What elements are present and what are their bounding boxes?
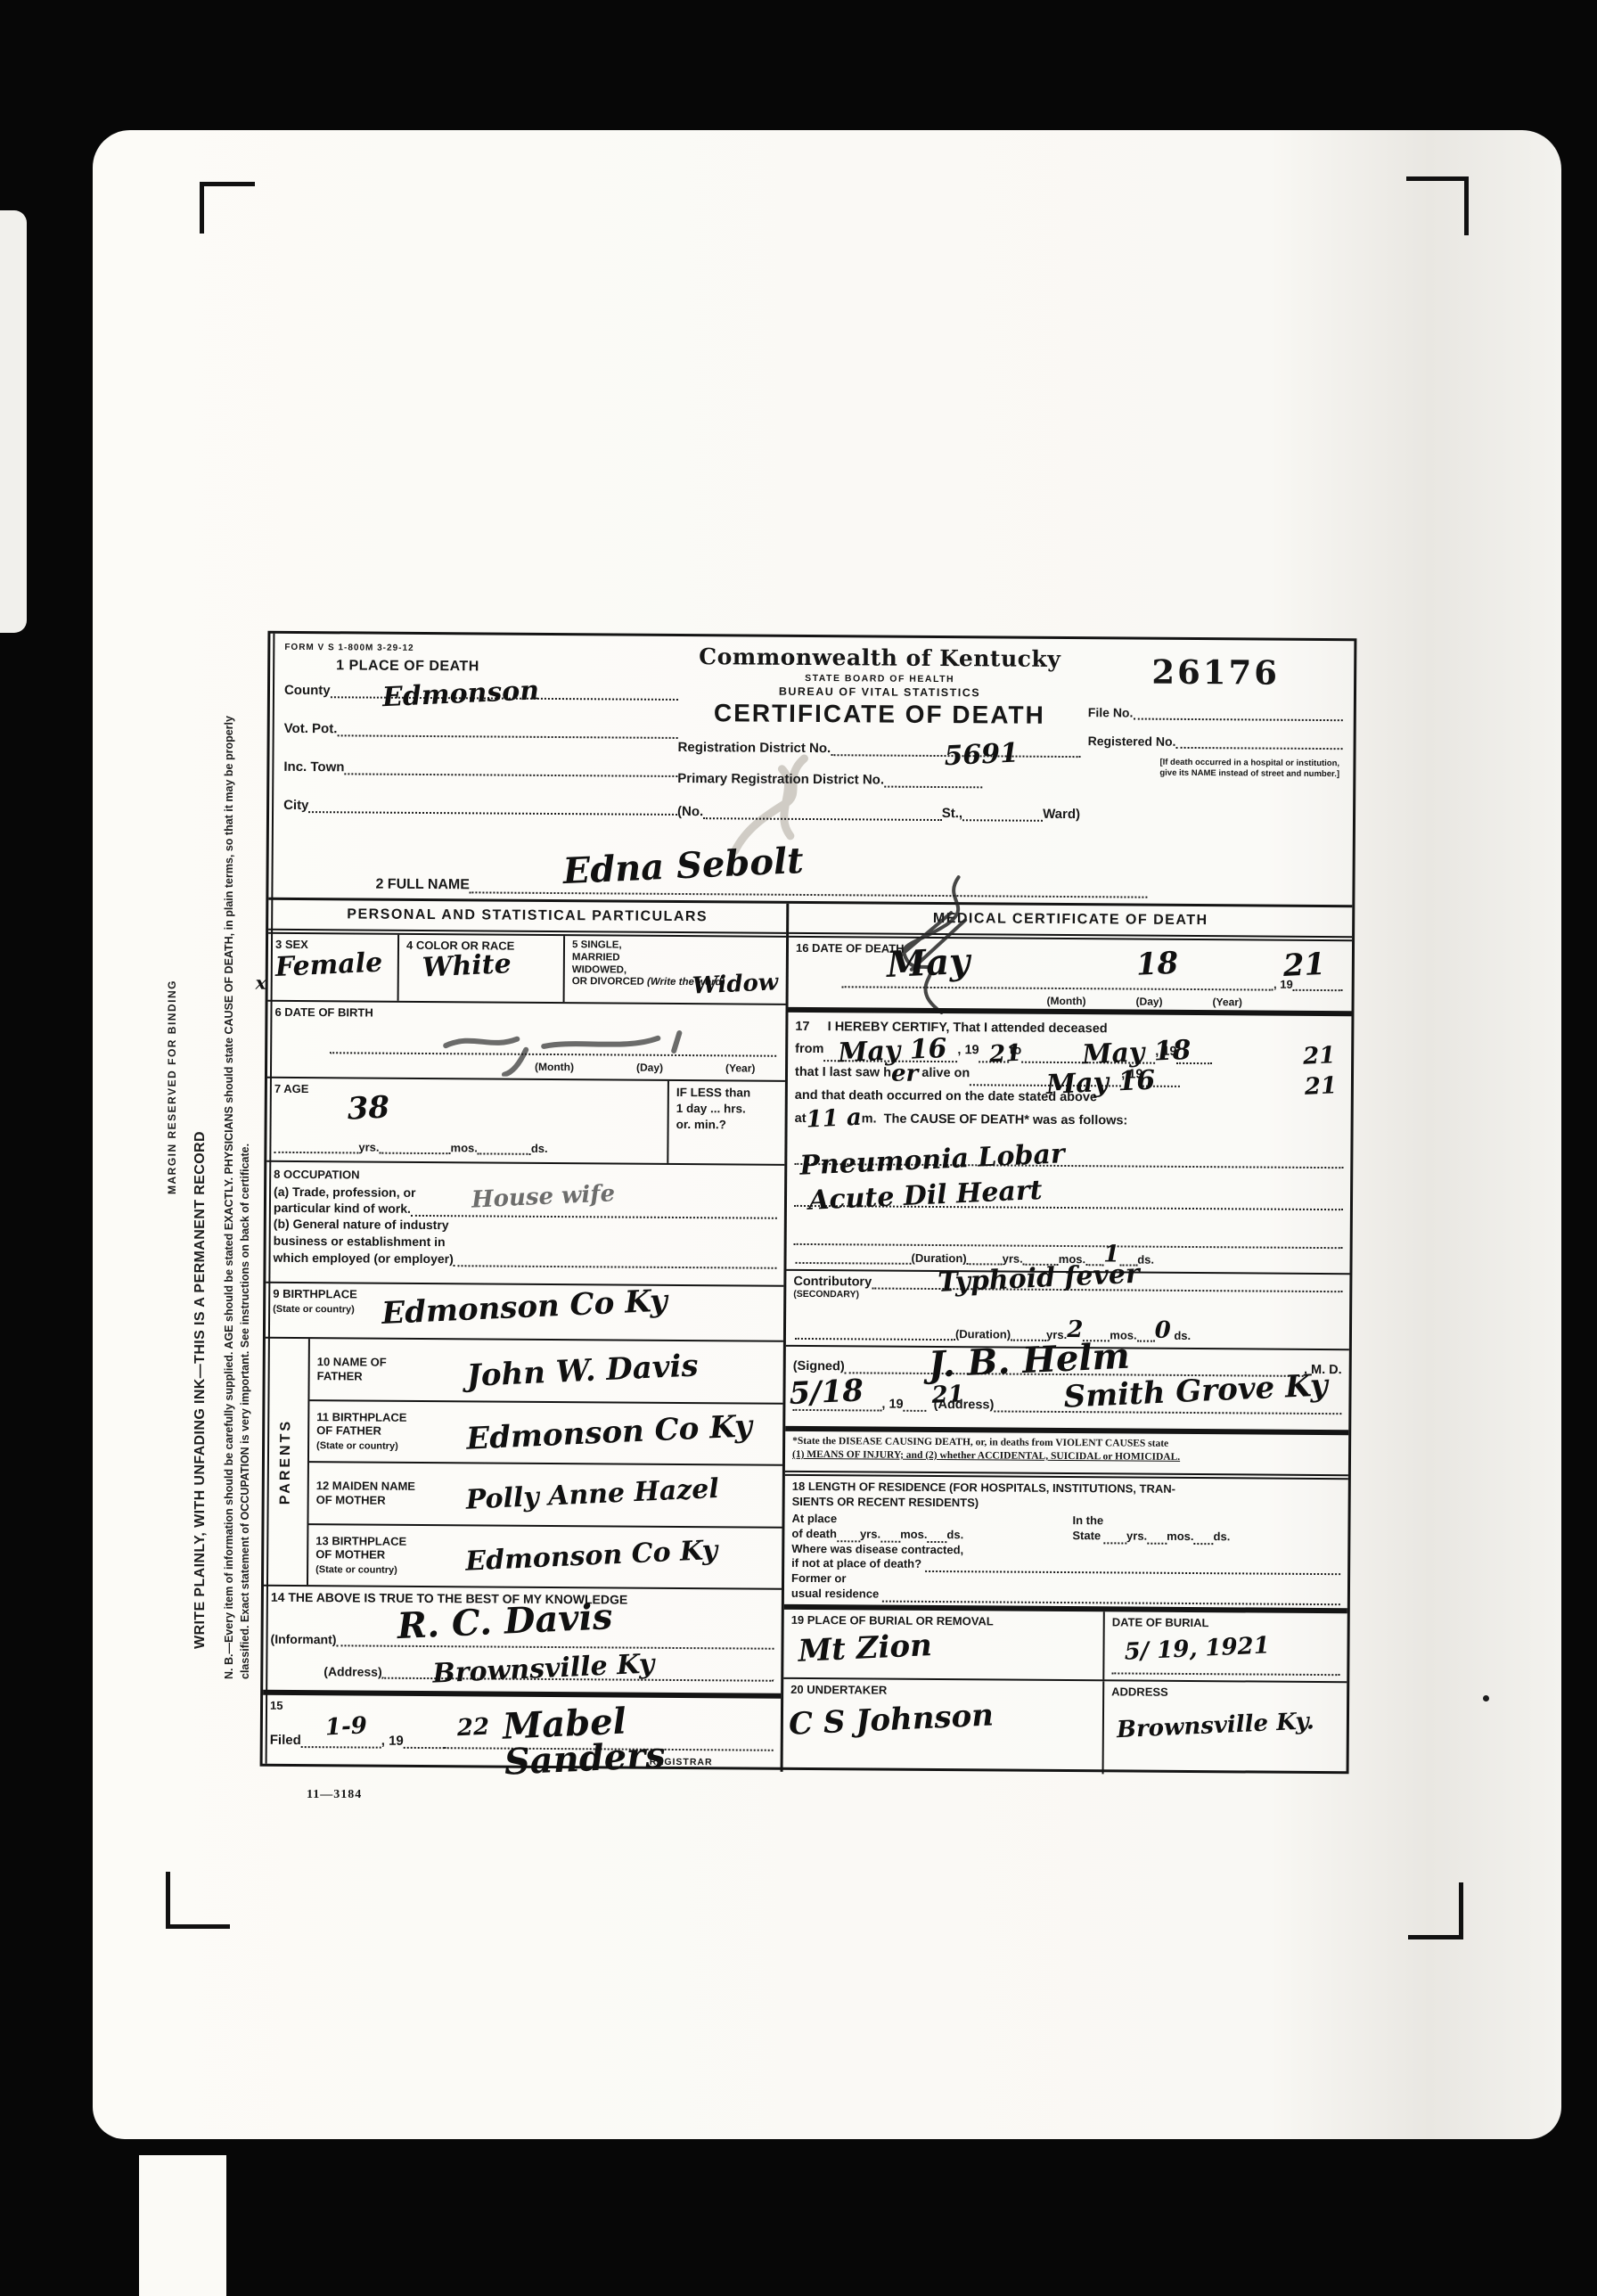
undertaker-label: 20 UNDERTAKER — [790, 1683, 887, 1697]
signed-year-handwritten: 21 — [931, 1382, 964, 1407]
dotted-line — [927, 1531, 946, 1542]
bureau-heading: BUREAU OF VITAL STATISTICS — [678, 685, 1081, 700]
dotted-line — [1103, 1533, 1126, 1545]
no-label: (No. — [677, 804, 703, 819]
county-handwritten: Edmonson — [381, 677, 539, 711]
res-yrs2: yrs. — [1126, 1529, 1147, 1544]
from-year-handwritten: 21 — [989, 1042, 1022, 1067]
ward-label: Ward) — [1043, 807, 1080, 822]
if-less-line3: or. min.? — [676, 1118, 726, 1131]
birthplace-label: 9 BIRTHPLACE — [273, 1287, 357, 1301]
place-of-death-block: FORM V S 1-800M 3-29-12 1 PLACE OF DEATH… — [283, 641, 679, 861]
dotted-line — [1111, 1663, 1339, 1677]
sex-color-marital-row: 3 SEX Female 4 COLOR OR RACE White 5 SIN… — [268, 934, 787, 1005]
margin-binding-note: MARGIN RESERVED FOR BINDING — [166, 784, 178, 1194]
father-bp-state-country: (State or country) — [316, 1440, 398, 1452]
occupation-label: 8 OCCUPATION — [274, 1168, 359, 1182]
state-board-heading: STATE BOARD OF HEALTH — [678, 672, 1081, 685]
dotted-line — [880, 1531, 900, 1542]
registration-district-label: Registration District No. — [678, 740, 831, 756]
certify-number: 17 — [795, 1020, 809, 1034]
filed-number: 15 — [270, 1699, 283, 1712]
from-label: from — [795, 1038, 823, 1062]
certification-row: 17 I HEREBY CERTIFY, That I attended dec… — [786, 1013, 1351, 1275]
state-heading-block: Commonwealth of Kentucky STATE BOARD OF … — [677, 644, 1082, 864]
dotted-line — [274, 1142, 358, 1153]
cause-line2-handwritten: Acute Dil Heart — [808, 1177, 1044, 1215]
dotted-line — [454, 1255, 777, 1268]
form-header: FORM V S 1-800M 3-29-12 1 PLACE OF DEATH… — [269, 634, 1355, 865]
certify-text: I HEREBY CERTIFY, That I attended deceas… — [828, 1020, 1108, 1036]
yrs-unit: yrs. — [358, 1140, 379, 1153]
res-ds2: ds. — [1213, 1529, 1230, 1545]
undertaker-address-handwritten: Brownsville Ky. — [1116, 1710, 1314, 1742]
sex-label: 3 SEX — [275, 938, 308, 951]
dod-year-handwritten: 21 — [1282, 949, 1326, 981]
date-of-birth-row: 6 DATE OF BIRTH (Month) (Day) (Year) — [267, 1002, 786, 1082]
mother-name-label2: OF MOTHER — [316, 1493, 386, 1507]
dotted-line — [904, 1399, 927, 1412]
mother-name-handwritten: Polly Anne Hazel — [465, 1476, 719, 1514]
in-the-label2: State — [1072, 1529, 1101, 1542]
duration-label-1: (Duration) — [912, 1251, 967, 1265]
father-bp-label2: OF FATHER — [316, 1423, 381, 1438]
father-bp-label1: 11 BIRTHPLACE — [316, 1410, 406, 1424]
signed-date-handwritten: 5/18 — [789, 1375, 864, 1409]
filed-year-handwritten: 22 — [456, 1716, 489, 1741]
duration1-ds: ds. — [1137, 1253, 1154, 1267]
informant-handwritten: R. C. Davis — [397, 1599, 613, 1644]
burial-row: 19 PLACE OF BURIAL OR REMOVAL Mt Zion DA… — [783, 1610, 1347, 1683]
film-edge-sliver — [0, 210, 27, 633]
vot-pot-label: Vot. Pot. — [284, 721, 338, 736]
m-label: m. — [862, 1108, 877, 1130]
handwritten-x-mark: x — [256, 974, 266, 992]
dotted-line — [337, 724, 677, 739]
birthplace-handwritten: Edmonson Co Ky — [381, 1286, 668, 1330]
dotted-line — [703, 807, 942, 821]
marital-label-1: 5 SINGLE, — [572, 939, 622, 950]
file-number-stamp: 26176 — [1088, 652, 1343, 693]
informant-label: (Informant) — [271, 1632, 337, 1647]
full-name-row: 2 FULL NAME Edna Sebolt — [268, 858, 1352, 905]
signed-label: (Signed) — [793, 1359, 845, 1373]
dotted-line — [837, 1530, 860, 1542]
hospital-note: [If death occurred in a hospital or inst… — [1159, 758, 1342, 780]
occupation-a2: particular kind of work. — [274, 1201, 411, 1217]
parents-label-text: PARENTS — [278, 1419, 295, 1505]
dotted-line — [1147, 1533, 1167, 1544]
marital-handwritten: Widow — [692, 971, 780, 997]
father-name-label1: 10 NAME OF — [317, 1355, 387, 1369]
dod-month-sublabel: (Month) — [1047, 995, 1086, 1007]
dotted-line — [1133, 708, 1343, 721]
from-handwritten: May 16 — [838, 1036, 948, 1068]
dotted-line — [478, 1144, 531, 1155]
corner-mark-bottom-left — [166, 1872, 230, 1929]
mother-bp-label1: 13 BIRTHPLACE — [315, 1534, 406, 1548]
dotted-line — [842, 977, 1274, 991]
mother-name-row: 12 MAIDEN NAMEOF MOTHER Polly Anne Hazel — [308, 1463, 782, 1528]
mother-bp-handwritten: Edmonson Co Ky — [465, 1537, 718, 1576]
in-the-label1: In the — [1072, 1513, 1103, 1527]
former-label1: Former or — [791, 1571, 847, 1585]
dob-label: 6 DATE OF BIRTH — [274, 1005, 373, 1020]
birthplace-row: 9 BIRTHPLACE (State or country) Edmonson… — [266, 1283, 783, 1342]
filed-label: Filed — [270, 1732, 301, 1747]
parents-section: PARENTS 10 NAME OFFATHER John W. Davis 1… — [264, 1339, 783, 1590]
county-label: County — [284, 683, 331, 698]
duration2-ds: ds. — [1174, 1329, 1191, 1342]
margin-write-plainly-note: WRITE PLAINLY, WITH UNFADING INK—THIS IS… — [192, 686, 209, 1649]
corner-mark-top-left — [200, 182, 255, 234]
at-place-label1: At place — [791, 1512, 837, 1525]
from-year-prefix: , 19 — [957, 1040, 979, 1063]
date-of-death-row: 16 DATE OF DEATH May 18 21 , 19 (Month) … — [788, 938, 1352, 1016]
duration2-ds-handwritten: 0 — [1155, 1319, 1171, 1342]
place-of-death-label: 1 PLACE OF DEATH — [336, 658, 678, 676]
signed-row: (Signed) , M. D. J. B. Helm , 19 (Addres… — [785, 1347, 1349, 1435]
res-yrs1: yrs. — [860, 1527, 880, 1542]
footnote-line2: (1) MEANS OF INJURY; and (2) whether ACC… — [792, 1448, 1341, 1465]
father-bp-handwritten: Edmonson Co Ky — [466, 1411, 753, 1455]
father-name-row: 10 NAME OFFATHER John W. Davis — [309, 1339, 782, 1404]
if-less-line2: 1 day ... hrs. — [676, 1102, 746, 1116]
full-name-handwritten: Edna Sebolt — [562, 843, 805, 890]
marital-label-2: MARRIED — [572, 952, 620, 963]
residence-label-1: 18 LENGTH OF RESIDENCE (FOR HOSPITALS, I… — [792, 1480, 1175, 1496]
certificate-title: CERTIFICATE OF DEATH — [678, 699, 1081, 730]
corner-mark-bottom-right — [1408, 1882, 1463, 1939]
year-sublabel: (Year) — [725, 1062, 755, 1074]
dod-year-sublabel: (Year) — [1213, 996, 1242, 1008]
death-certificate-form: x FORM V S 1-800M 3-29-12 1 PLACE OF DEA… — [260, 631, 1357, 1775]
form-code: FORM V S 1-800M 3-29-12 — [284, 643, 678, 655]
registrar-handwritten: Mabel Sanders — [502, 1697, 782, 1781]
dotted-line — [344, 762, 677, 777]
informant-address-handwritten: Brownsville Ky — [432, 1651, 655, 1687]
occupation-b1: (b) General nature of industry — [274, 1217, 449, 1232]
month-sublabel: (Month) — [535, 1061, 574, 1073]
registrar-label: REGISTRAR — [650, 1757, 713, 1767]
former-label2: usual residence — [791, 1587, 879, 1603]
mother-bp-label2: OF MOTHER — [315, 1547, 385, 1562]
last-saw-post: alive on — [921, 1062, 970, 1086]
dotted-line — [330, 1042, 776, 1056]
burial-date-label: DATE OF BURIAL — [1112, 1615, 1209, 1629]
dotted-line — [884, 775, 982, 788]
day-sublabel: (Day) — [636, 1062, 663, 1074]
undertaker-handwritten: C S Johnson — [788, 1700, 994, 1739]
occupation-b2: business or establishment in — [274, 1234, 446, 1249]
microfilm-frame: MARGIN RESERVED FOR BINDING WRITE PLAINL… — [0, 0, 1597, 2296]
last-saw-handwritten: May 16 — [1045, 1068, 1156, 1100]
corner-mark-top-right — [1406, 176, 1469, 235]
contracted-label2: if not at place of death? — [791, 1556, 921, 1572]
st-label: St., — [942, 806, 962, 821]
birthplace-state-country: (State or country) — [273, 1303, 355, 1315]
to-handwritten: May 18 — [1082, 1037, 1192, 1070]
dotted-line — [962, 808, 1043, 822]
dotted-line — [882, 1591, 1340, 1605]
residence-label-2: SIENTS OR RECENT RESIDENTS) — [792, 1495, 979, 1509]
occupation-b3: which employed (or employer) — [273, 1250, 453, 1267]
form-body: PERSONAL AND STATISTICAL PARTICULARS 3 S… — [263, 898, 1353, 1775]
personal-section-title: PERSONAL AND STATISTICAL PARTICULARS — [268, 900, 786, 938]
color-handwritten: White — [422, 951, 512, 981]
city-label: City — [283, 798, 308, 813]
if-less-line1: IF LESS than — [676, 1086, 750, 1100]
registered-no-label: Registered No. — [1088, 734, 1176, 749]
res-mos2: mos. — [1167, 1529, 1193, 1544]
footnote-row: *State the DISEASE CAUSING DEATH, or, in… — [785, 1431, 1348, 1480]
res-mos1: mos. — [900, 1527, 927, 1542]
burial-place-handwritten: Mt Zion — [798, 1630, 933, 1667]
father-birthplace-row: 11 BIRTHPLACEOF FATHER(State or country)… — [309, 1401, 782, 1466]
contracted-label1: Where was disease contracted, — [791, 1541, 963, 1555]
father-name-handwritten: John W. Davis — [466, 1350, 699, 1391]
informant-row: 14 THE ABOVE IS TRUE TO THE BEST OF MY K… — [263, 1587, 782, 1699]
parents-vertical-label: PARENTS — [264, 1339, 310, 1585]
mother-bp-state-country: (State or country) — [315, 1564, 397, 1576]
marital-label-3: WIDOWED, — [572, 964, 627, 975]
file-no-label: File No. — [1088, 705, 1134, 719]
occupation-handwritten: House wife — [471, 1182, 616, 1211]
informant-address-label: (Address) — [323, 1664, 381, 1678]
signed-handwritten: J. B. Helm — [928, 1339, 1131, 1383]
mos-unit: mos. — [451, 1141, 478, 1154]
page-bottom-tab — [139, 2155, 226, 2296]
filed-date-handwritten: 1-9 — [324, 1714, 367, 1739]
occupation-row: 8 OCCUPATION (a) Trade, profession, or H… — [266, 1162, 784, 1287]
ds-unit: ds. — [531, 1142, 548, 1155]
dotted-line — [967, 1254, 1003, 1266]
mother-birthplace-row: 13 BIRTHPLACEOF MOTHER(State or country)… — [308, 1525, 782, 1588]
personal-column: PERSONAL AND STATISTICAL PARTICULARS 3 S… — [263, 900, 787, 1772]
at-label: at — [795, 1108, 807, 1130]
cause-line1-handwritten: Pneumonia Lobar — [799, 1141, 1065, 1179]
cause-intro: The CAUSE OF DEATH* was as follows: — [884, 1108, 1128, 1132]
undertaker-row: 20 UNDERTAKER C S Johnson ADDRESS Browns… — [783, 1679, 1347, 1775]
commonwealth-heading: Commonwealth of Kentucky — [678, 644, 1081, 672]
age-row: 7 AGE 38 yrs. mos. ds. IF LESS than — [266, 1078, 785, 1166]
residence-row: 18 LENGTH OF RESIDENCE (FOR HOSPITALS, I… — [784, 1476, 1348, 1613]
at-time-handwritten: 11 a — [806, 1106, 862, 1132]
registration-district-handwritten: 5691 — [943, 740, 1019, 770]
undertaker-address-label: ADDRESS — [1111, 1685, 1168, 1698]
dotted-line — [404, 1735, 445, 1749]
dotted-line — [1193, 1533, 1213, 1544]
dotted-line — [308, 800, 677, 816]
age-label: 7 AGE — [274, 1082, 309, 1095]
file-number-block: 26176 File No. Registered No. [If death … — [1080, 646, 1344, 865]
sex-handwritten: Female — [274, 949, 383, 980]
mother-name-label1: 12 MAIDEN NAME — [316, 1479, 415, 1493]
res-ds1: ds. — [946, 1528, 963, 1543]
medical-section-title: MEDICAL CERTIFICATE OF DEATH — [789, 904, 1352, 941]
duration-label-2: (Duration) — [955, 1327, 1011, 1341]
form-plate-number: 11—3184 — [307, 1788, 362, 1802]
dod-day-handwritten: 18 — [1135, 948, 1179, 980]
dotted-line — [796, 1253, 912, 1265]
dotted-line — [795, 1329, 955, 1341]
dotted-line — [925, 1562, 1341, 1576]
burial-place-label: 19 PLACE OF BURIAL OR REMOVAL — [791, 1613, 994, 1628]
medical-column: MEDICAL CERTIFICATE OF DEATH 16 DATE OF … — [781, 904, 1353, 1775]
ink-speck — [1483, 1695, 1489, 1701]
age-handwritten: 38 — [347, 1092, 390, 1124]
primary-district-label: Primary Registration District No. — [677, 771, 884, 788]
filed-year-prefix: , 19 — [381, 1733, 404, 1748]
at-place-label2: of death — [791, 1527, 837, 1540]
dotted-line — [1293, 980, 1343, 991]
father-name-label2: FATHER — [317, 1369, 363, 1382]
dotted-line — [1175, 737, 1342, 750]
filed-row: 15 Filed , 19 1-9 22 Mabel Sanders REGIS… — [263, 1695, 782, 1772]
to-year-handwritten: 21 — [1302, 1044, 1335, 1069]
dotted-line — [380, 1143, 451, 1154]
full-name-label: 2 FULL NAME — [375, 877, 470, 894]
last-year-handwritten: 21 — [1304, 1074, 1337, 1099]
contributory-label: Contributory — [793, 1275, 872, 1290]
burial-date-handwritten: 5/ 19, 1921 — [1124, 1634, 1270, 1663]
occupation-a1: (a) Trade, profession, or — [274, 1184, 416, 1199]
signed-year-prefix: , 19 — [881, 1398, 903, 1412]
inc-town-label: Inc. Town — [283, 759, 344, 775]
marital-label-4: OR DIVORCED — [572, 977, 644, 988]
dotted-line — [1137, 1331, 1155, 1341]
dod-day-sublabel: (Day) — [1136, 996, 1163, 1008]
dod-year-prefix: , 19 — [1274, 978, 1293, 991]
